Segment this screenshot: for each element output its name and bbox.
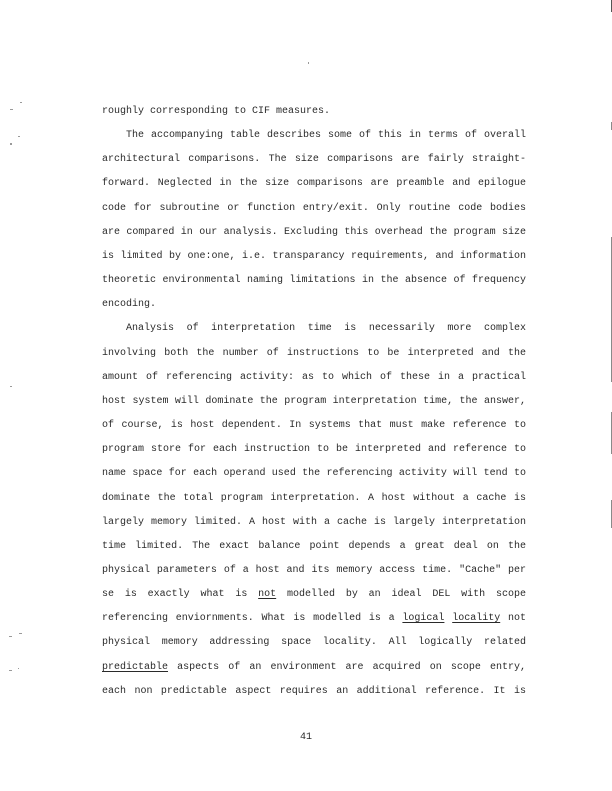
margin-speck — [308, 62, 309, 64]
text-segment: physical memory addressing space localit… — [102, 637, 526, 648]
text-segment: referencing enviornments. What is modell… — [102, 613, 402, 624]
text-segment: physical parameters of a host and its me… — [102, 565, 526, 576]
text-line: host system will dominate the program in… — [102, 394, 526, 418]
text-segment: not — [500, 613, 526, 624]
text-segment: is limited by one:one, i.e. transparancy… — [102, 251, 526, 262]
text-segment: Analysis of interpretation time is neces… — [126, 323, 526, 334]
text-segment: modelled by an ideal DEL with scope — [276, 589, 526, 600]
text-line: of course, is host dependent. In systems… — [102, 418, 526, 442]
margin-speck — [9, 670, 12, 671]
text-segment: name space for each operand used the ref… — [102, 468, 526, 479]
text-segment: encoding. — [102, 299, 156, 310]
text-segment: code for subroutine or function entry/ex… — [102, 203, 526, 214]
margin-speck — [10, 386, 12, 387]
text-line: Analysis of interpretation time is neces… — [102, 321, 526, 345]
text-line: amount of referencing activity: as to wh… — [102, 370, 526, 394]
text-line: encoding. — [102, 297, 526, 321]
text-segment: aspects of an environment are acquired o… — [168, 662, 526, 673]
margin-speck — [10, 143, 12, 145]
margin-speck — [19, 633, 22, 634]
underlined-text: predictable — [102, 662, 168, 673]
text-segment: are compared in our analysis. Excluding … — [102, 227, 526, 238]
text-segment: largely memory limited. A host with a ca… — [102, 517, 526, 528]
text-line: referencing enviornments. What is modell… — [102, 611, 526, 635]
text-segment: host system will dominate the program in… — [102, 396, 526, 407]
text-line: program store for each instruction to be… — [102, 442, 526, 466]
margin-speck — [18, 668, 19, 669]
text-line: theoretic environmental naming limitatio… — [102, 273, 526, 297]
margin-speck — [10, 109, 13, 110]
text-line: each non predictable aspect requires an … — [102, 684, 526, 708]
text-line: physical memory addressing space localit… — [102, 635, 526, 659]
text-segment: involving both the number of instruction… — [102, 348, 526, 359]
text-line: physical parameters of a host and its me… — [102, 563, 526, 587]
text-segment: The accompanying table describes some of… — [126, 130, 526, 141]
text-segment: amount of referencing activity: as to wh… — [102, 372, 526, 383]
document-page: roughly corresponding to CIF measures.Th… — [0, 0, 612, 791]
text-segment: each non predictable aspect requires an … — [102, 686, 526, 697]
text-line: time limited. The exact balance point de… — [102, 539, 526, 563]
text-line: is limited by one:one, i.e. transparancy… — [102, 249, 526, 273]
text-segment: architectural comparisons. The size comp… — [102, 154, 526, 165]
page-number: 41 — [0, 731, 612, 745]
text-segment: of course, is host dependent. In systems… — [102, 420, 526, 431]
text-line: dominate the total program interpretatio… — [102, 491, 526, 515]
text-line: largely memory limited. A host with a ca… — [102, 515, 526, 539]
underlined-text: locality — [452, 613, 500, 624]
margin-speck — [20, 102, 22, 103]
text-line: are compared in our analysis. Excluding … — [102, 225, 526, 249]
underlined-text: not — [258, 589, 276, 600]
text-line: involving both the number of instruction… — [102, 346, 526, 370]
text-line: name space for each operand used the ref… — [102, 466, 526, 490]
text-segment: se is exactly what is — [102, 589, 258, 600]
text-line: architectural comparisons. The size comp… — [102, 152, 526, 176]
text-line: predictable aspects of an environment ar… — [102, 660, 526, 684]
text-segment: theoretic environmental naming limitatio… — [102, 275, 526, 286]
text-segment: roughly corresponding to CIF measures. — [102, 106, 330, 117]
text-line: The accompanying table describes some of… — [102, 128, 526, 152]
text-segment: forward. Neglected in the size compariso… — [102, 178, 526, 189]
text-segment: time limited. The exact balance point de… — [102, 541, 526, 552]
body-text: roughly corresponding to CIF measures.Th… — [102, 104, 526, 708]
text-segment: program store for each instruction to be… — [102, 444, 526, 455]
text-segment: dominate the total program interpretatio… — [102, 493, 526, 504]
text-line: code for subroutine or function entry/ex… — [102, 201, 526, 225]
margin-speck — [18, 136, 20, 137]
text-line: forward. Neglected in the size compariso… — [102, 176, 526, 200]
underlined-text: logical — [402, 613, 444, 624]
margin-speck — [9, 636, 12, 637]
text-line: se is exactly what is not modelled by an… — [102, 587, 526, 611]
text-line: roughly corresponding to CIF measures. — [102, 104, 526, 128]
